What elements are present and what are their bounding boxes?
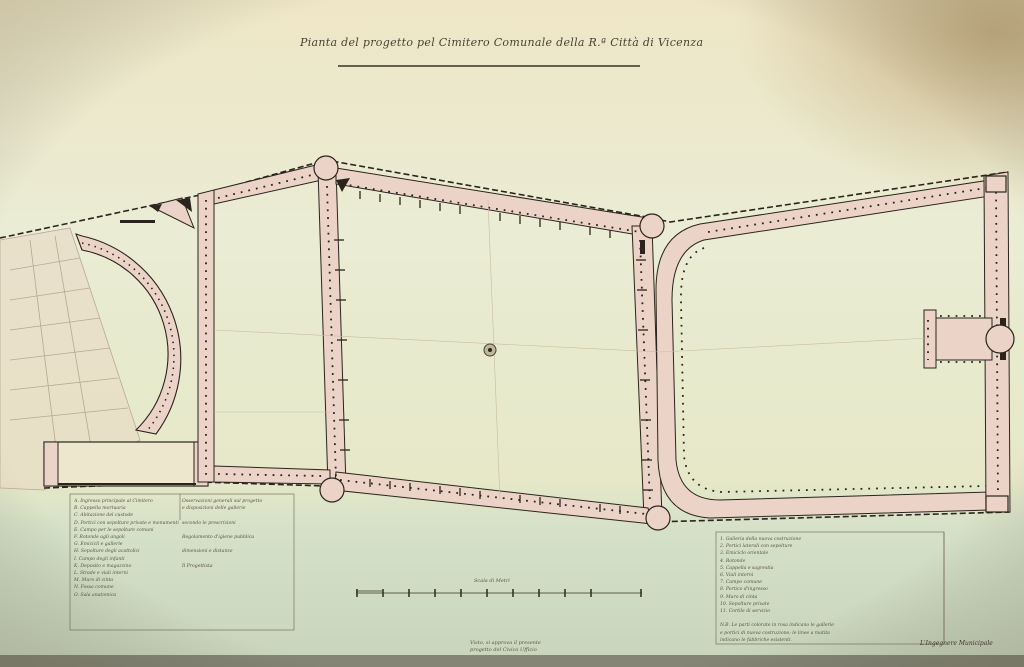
approval-line: Visto, si approva il presente (470, 640, 541, 647)
rotunda-chapel (986, 325, 1014, 353)
legend-line (720, 615, 885, 622)
chapel-nave (932, 318, 992, 360)
legend-line: Il Progettista (182, 563, 294, 570)
legend-line: D. Portici con sepolture private e monum… (74, 520, 194, 527)
legend-line: B. Cappella mortuaria (74, 505, 194, 512)
drawing-title: Pianta del progetto pel Cimitero Comunal… (300, 36, 700, 49)
legend-line: Regolamento d'igiene pubblica (182, 534, 294, 541)
legend-line: K. Deposito e magazzino (74, 563, 194, 570)
legend-line: 9. Muro di cinta (720, 594, 885, 601)
legend-right: 1. Galleria della nuova costruzione 2. P… (720, 536, 885, 644)
legend-line: O. Sala anatomica (74, 592, 194, 599)
central-monument (484, 344, 496, 356)
legend-line: dimensioni e distanze (182, 548, 294, 555)
legend-line (182, 556, 294, 563)
signature: L'Ingegnere Municipale (920, 640, 993, 647)
legend-line: 8. Portico d'ingresso (720, 586, 885, 593)
scale-label: Scala di Metri (474, 578, 510, 584)
legend-line: 3. Emiciclo orientale (720, 550, 885, 557)
legend-line (182, 512, 294, 519)
legend-line: F. Rotonde agli angoli (74, 534, 194, 541)
legend-line: 11. Cortile di servizio (720, 608, 885, 615)
legend-line (182, 541, 294, 548)
legend-line: 10. Sepolture private (720, 601, 885, 608)
corner-pavilion-se (986, 496, 1008, 512)
chapel-apse (924, 310, 936, 368)
legend-line: 1. Galleria della nuova costruzione (720, 536, 885, 543)
legend-line: N. Fossa comune (74, 584, 194, 591)
legend-line: 4. Rotonde (720, 558, 885, 565)
legend-line: H. Sepolture degli acattolici (74, 548, 194, 555)
legend-line: Osservazioni generali sul progetto (182, 498, 294, 505)
rotunda-south-east (646, 506, 670, 530)
approval-note: Visto, si approva il presente progetto d… (470, 640, 541, 654)
rotunda-north-east (640, 214, 664, 238)
rotunda-south-west (320, 478, 344, 502)
legend-line: e disposizioni delle gallerie (182, 505, 294, 512)
legend-line: G. Emicicli e gallerie (74, 541, 194, 548)
legend-line: secondo le prescrizioni (182, 520, 294, 527)
corner-pavilion-ne (986, 176, 1006, 192)
legend-line: A. Ingresso principale al Cimitero (74, 498, 194, 505)
legend-left: A. Ingresso principale al Cimitero B. Ca… (74, 498, 194, 599)
legend-line: M. Muro di cinta (74, 577, 194, 584)
service-block (44, 442, 208, 486)
legend-line: N.B. Le parti colorate in rosa indicano … (720, 622, 885, 629)
legend-line (182, 527, 294, 534)
legend-line: I. Campo degli infanti (74, 556, 194, 563)
drawing-sheet: Pianta del progetto pel Cimitero Comunal… (0, 0, 1024, 667)
legend-line: C. Abitazione del custode (74, 512, 194, 519)
legend-line: 5. Cappella e sagrestia (720, 565, 885, 572)
legend-line: 6. Viali interni (720, 572, 885, 579)
legend-line: 2. Portici laterali con sepolture (720, 543, 885, 550)
legend-line: 7. Campo comune (720, 579, 885, 586)
approval-line: progetto del Civico Ufficio (470, 647, 541, 654)
legend-line: E. Campo per le sepolture comuni (74, 527, 194, 534)
gallery-west-1 (198, 190, 214, 482)
legend-line: L. Strade e viali interni (74, 570, 194, 577)
legend-line: indicano le fabbriche esistenti. (720, 637, 885, 644)
legend-notes: Osservazioni generali sul progetto e dis… (182, 498, 294, 570)
legend-line: e portici di nuova costruzione; le linee… (720, 630, 885, 637)
rotunda-north-west (314, 156, 338, 180)
